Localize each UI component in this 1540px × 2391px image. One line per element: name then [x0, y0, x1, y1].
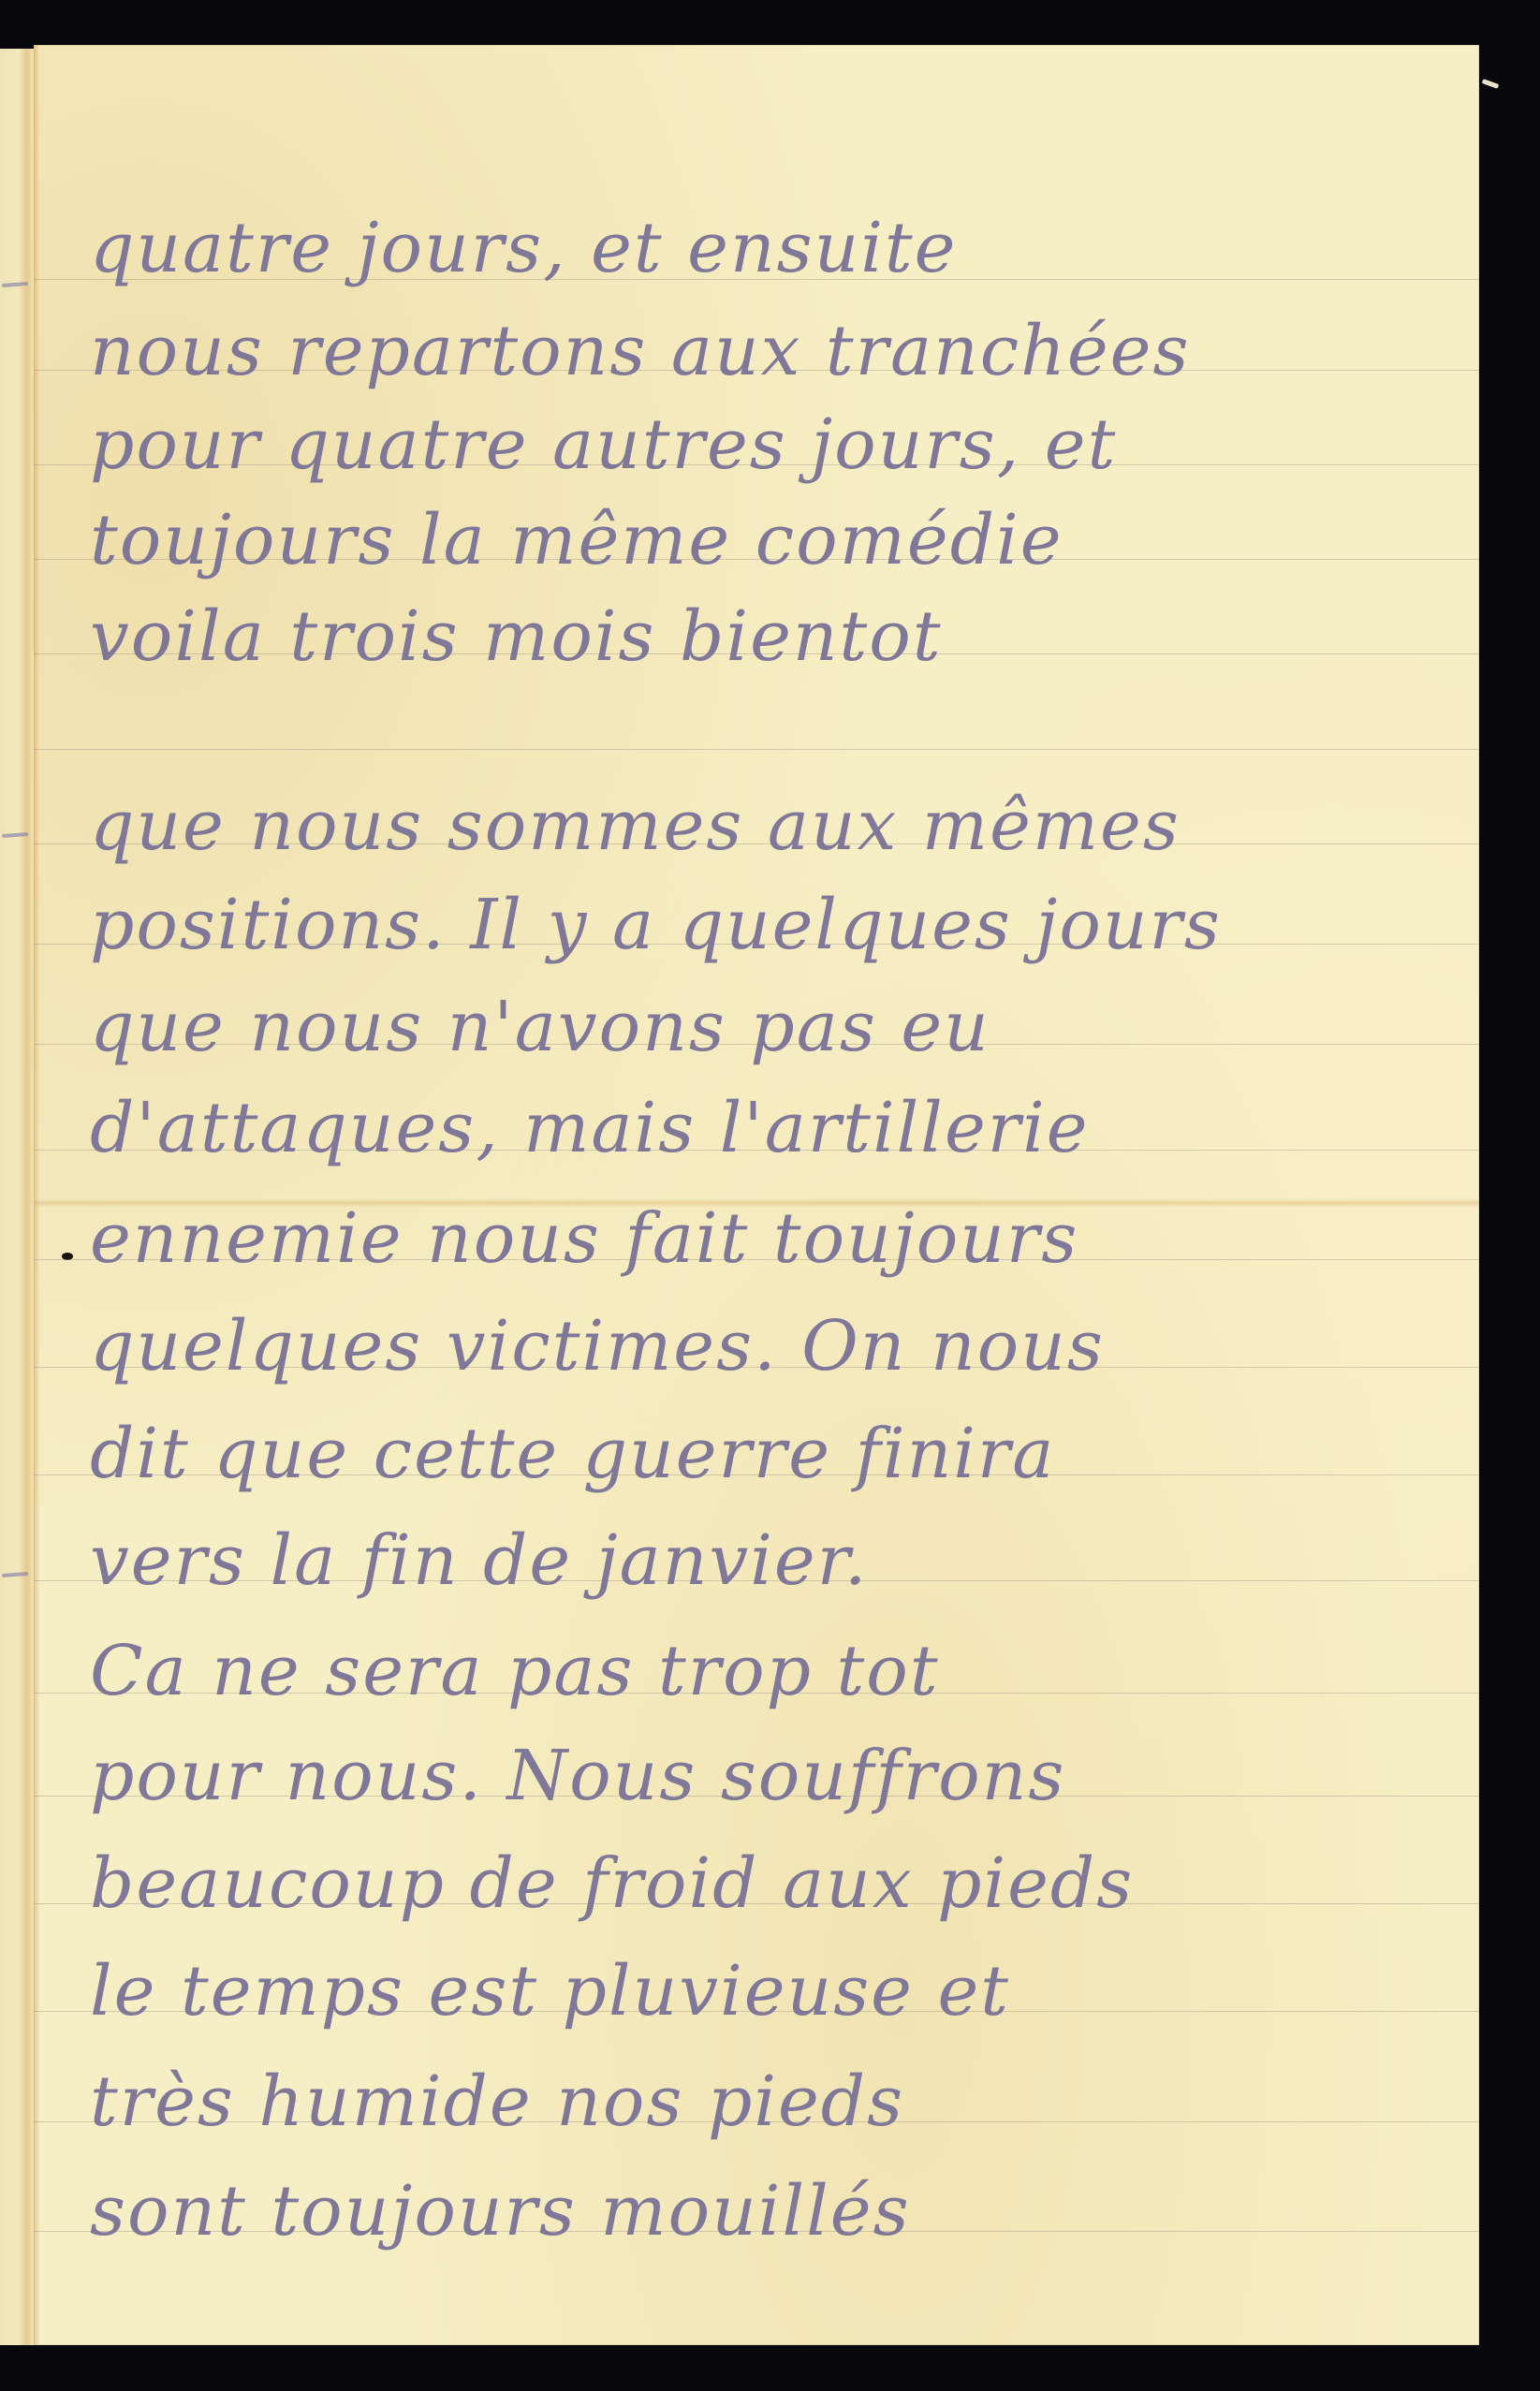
- text-line: voila trois mois bientot: [90, 602, 943, 671]
- text-line: sont toujours mouillés: [90, 2177, 911, 2246]
- text-line: Ca ne sera pas trop tot: [90, 1636, 940, 1706]
- text-line: pour quatre autres jours, et: [90, 410, 1117, 479]
- text-line: que nous sommes aux mêmes: [90, 791, 1181, 860]
- text-line: nous repartons aux tranchées: [90, 316, 1190, 386]
- ruled-line: [34, 749, 1479, 750]
- text-line: quatre jours, et ensuite: [90, 213, 957, 283]
- adjacent-page-edge: [0, 49, 34, 2345]
- text-line: vers la fin de janvier.: [90, 1526, 868, 1595]
- text-line: ennemie nous fait toujours: [90, 1204, 1078, 1273]
- text-line: d'attaques, mais l'artillerie: [90, 1093, 1090, 1163]
- bleed-through-mark: [2, 282, 28, 287]
- text-line: quelques victimes. On nous: [90, 1312, 1105, 1381]
- letter-page: quatre jours, et ensuite nous repartons …: [34, 45, 1479, 2345]
- text-line: beaucoup de froid aux pieds: [90, 1849, 1134, 1918]
- text-line: le temps est pluvieuse et: [90, 1957, 1010, 2026]
- text-line: pour nous. Nous souffrons: [90, 1741, 1065, 1811]
- text-line: toujours la même comédie: [90, 506, 1063, 575]
- text-line: dit que cette guerre finira: [90, 1419, 1055, 1489]
- text-line: très humide nos pieds: [90, 2067, 904, 2136]
- text-line: positions. Il y a quelques jours: [90, 890, 1222, 960]
- text-line: que nous n'avons pas eu: [90, 992, 990, 1062]
- bleed-through-mark: [2, 832, 28, 838]
- bleed-through-mark: [2, 1572, 28, 1577]
- vertical-fold-stain: [34, 45, 39, 2345]
